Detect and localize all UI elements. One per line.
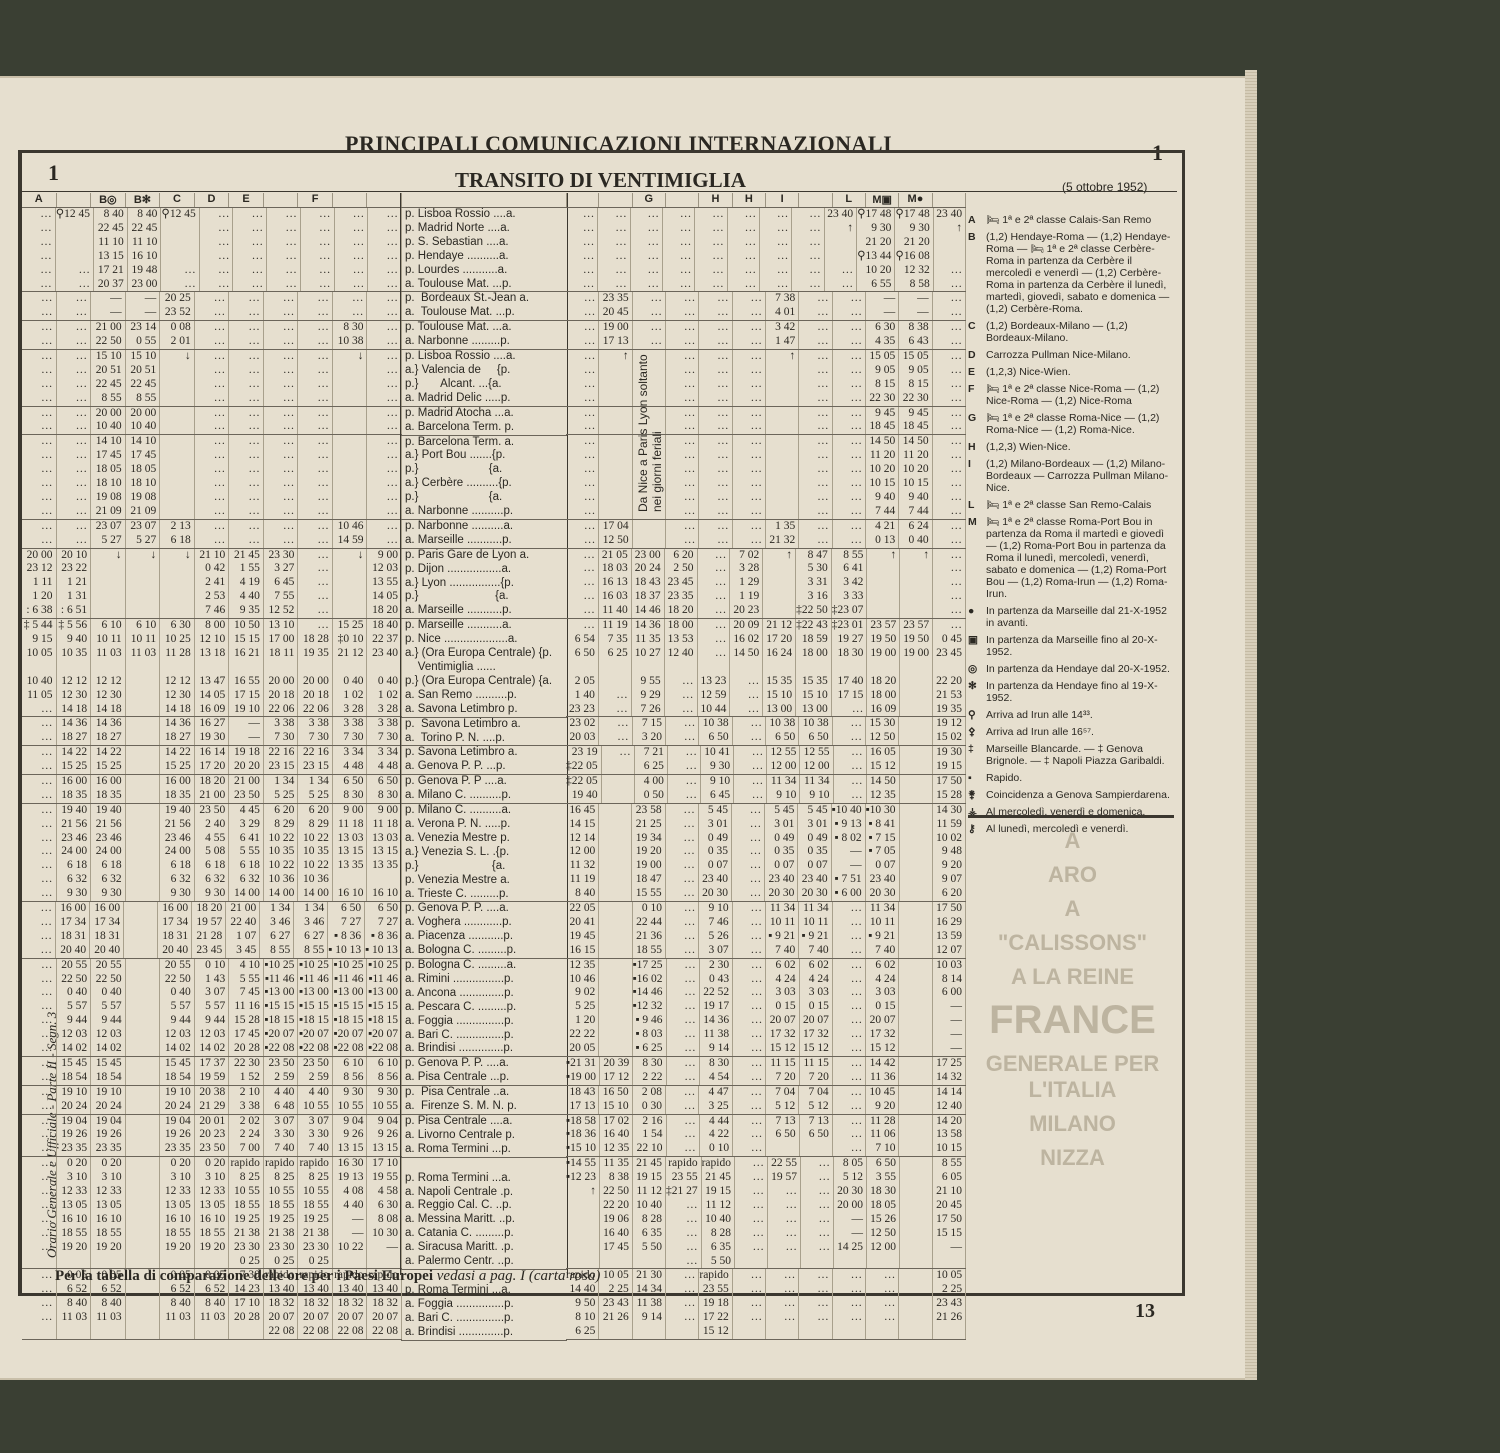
time-cell: 7 04 5 12 <box>799 1086 832 1114</box>
column-header <box>57 193 92 207</box>
time-cell: 6 20 2 50 23 45 23 35 18 20 <box>665 549 698 619</box>
column-header <box>666 193 699 207</box>
advert-ghost-line: MILANO <box>975 1111 1170 1137</box>
time-cell <box>126 804 161 901</box>
time-cell: … … <box>195 321 230 349</box>
time-cell: 20 55 22 50 0 40 5 57 9 44 12 03 14 02 <box>91 959 126 1056</box>
time-block: … …… …— —— —20 25 23 52… …… …… …… …… …… … <box>22 292 402 321</box>
time-cell <box>333 435 368 518</box>
time-cell: 7 13 6 50 <box>800 1115 833 1157</box>
time-cell: 14 36 11 35 10 27 9 55 9 29 7 26 <box>632 619 665 716</box>
advert-ghost-line: GENERALE PER L'ITALIA <box>975 1051 1170 1103</box>
station-group: p. Genova P. P. ....a.a. Pisa Centrale .… <box>401 1057 567 1086</box>
legend-text: (1,2) Bordeaux-Milano — (1,2) Bordeaux-M… <box>986 320 1176 344</box>
time-cell: 6 50 7 27 ▪ 8 36 ▪ 10 13 <box>365 902 402 958</box>
station-line <box>405 1158 567 1172</box>
time-cell: 23 50 2 59 <box>264 1057 299 1085</box>
station-group: p. Lisboa Rossio ....a.a.} Valencia de {… <box>401 350 567 407</box>
time-cell: 20 38 21 29 <box>195 1086 230 1114</box>
time-cell: 21 00 23 50 <box>229 775 264 803</box>
time-cell: … … <box>22 775 57 803</box>
time-cell: … … … … … … <box>792 208 824 291</box>
time-cell: … … … … … … <box>229 435 264 518</box>
time-block: 18 43 17 1316 50 15 102 08 0 30… …4 47 3… <box>566 1086 966 1115</box>
station-line: p.} (Ora Europa Centrale) {a. <box>405 675 567 689</box>
header-rule <box>22 191 1177 192</box>
time-cell: 5 45 3 01 0 49 0 35 0 07 23 40 20 30 <box>765 804 798 901</box>
time-cell: 10 05 2 25 23 43 21 26 <box>933 1269 966 1339</box>
station-line: p. Marseille ...........a. <box>405 619 567 633</box>
time-cell: ▪18 58 ▪18 36 ▪15 10 <box>566 1115 600 1157</box>
time-cell: … … <box>22 292 57 320</box>
legend-text: 🛏 1ª e 2ª classe Nice-Roma — (1,2) Nice-… <box>986 383 1176 407</box>
time-cell: 21 00 22 40 1 07 3 45 <box>226 902 260 958</box>
time-cell: … … <box>22 1086 57 1114</box>
time-cell: ↑ <box>766 350 799 406</box>
legend-key: ‡ <box>968 743 986 767</box>
time-cell: 0 20 3 10 12 33 13 05 16 10 18 55 19 20 <box>160 1157 195 1268</box>
station-group: p. Roma Termini ...a.a. Napoli Centrale … <box>401 1158 567 1270</box>
time-cell: 6 20 8 29 10 22 10 35 10 22 10 36 14 00 <box>264 804 299 901</box>
legend-key: C <box>968 320 986 344</box>
station-line: p.} Alcant. ...{a. <box>405 378 567 392</box>
time-cell: … … <box>229 520 264 548</box>
time-cell: 3 38 7 30 <box>264 717 299 745</box>
time-cell: 10 03 8 14 6 00 — — — — <box>933 959 966 1056</box>
time-cell: 6 50 7 27 ▪ 8 36 ▪ 10 13 <box>328 902 365 958</box>
time-cell <box>126 1157 161 1268</box>
station-line: a.} Cerbère ..........{p. <box>405 477 567 491</box>
time-cell: … … <box>666 520 699 548</box>
time-cell: 15 45 18 54 <box>91 1057 126 1085</box>
time-cell: 3 34 4 48 <box>333 746 368 774</box>
time-cell: 14 50 11 20 10 20 10 15 9 40 7 44 <box>899 435 932 518</box>
footer-italic: vedasi a pag. I (carta rosa) <box>433 1268 600 1284</box>
time-cell: ▪17 25 ▪16 02 ▪14 46 ▪12 32 ▪ 9 46 ▪ 8 0… <box>633 959 667 1056</box>
time-cell: … … … … … … <box>598 208 630 291</box>
time-cell: 23 14 0 55 <box>126 321 161 349</box>
time-cell <box>126 746 161 774</box>
station-line: p. Bologna C. .........a. <box>405 959 567 973</box>
time-cell: … … … <box>733 1115 766 1157</box>
time-cell: … 6 54 6 50 2 05 1 40 23 23 <box>566 619 599 716</box>
station-line: p.} {a. <box>405 463 567 477</box>
table-title: TRANSITO DI VENTIMIGLIA <box>455 168 746 193</box>
time-cell: … … <box>699 292 732 320</box>
time-cell: rapido 23 55 19 18 17 22 15 12 <box>699 1269 732 1339</box>
station-line: p. Dijon .................a. <box>405 563 567 577</box>
column-header: H <box>733 193 766 207</box>
station-line: a. Palermo Centr. ..p. <box>405 1255 567 1269</box>
time-cell: … … … … <box>733 350 766 406</box>
time-cell: … … … … … … <box>566 208 598 291</box>
time-cell: … … … … … … <box>264 435 299 518</box>
time-cell: 11 15 7 20 <box>766 1057 799 1085</box>
time-cell: … … <box>298 321 333 349</box>
station-line: a. Narbonne ..........p. <box>405 505 567 519</box>
time-cell: 16 00 18 35 <box>91 775 126 803</box>
time-cell: — — <box>899 292 932 320</box>
time-cell: … … … … <box>833 1269 866 1339</box>
right-times-grid: GHHILM▣M● … … … … … …… … … … … …… … … … … <box>566 193 966 1275</box>
time-cell: … … <box>633 321 666 349</box>
time-cell: 9 00 11 18 13 03 13 15 13 35 16 10 <box>367 804 402 901</box>
time-cell: 9 30 10 55 <box>333 1086 368 1114</box>
station-line: a. Bari C. ...............p. <box>405 1312 567 1326</box>
time-cell: ▪10 25 ▪11 46 ▪13 00 ▪15 15 ▪18 15 ▪20 0… <box>333 959 368 1056</box>
time-cell <box>126 1086 161 1114</box>
time-cell <box>899 717 932 745</box>
station-line: a.} Venezia S. L. .{p. <box>405 846 567 860</box>
station-group: p. Bologna C. .........a.a. Rimini .....… <box>401 959 567 1057</box>
time-cell: 10 05 2 25 23 43 21 26 <box>599 1269 632 1339</box>
time-block: … …19 00 17 13… …… …… …… …3 42 1 47… …… … <box>566 321 966 350</box>
time-cell: 6 50 8 30 <box>367 775 402 803</box>
station-line: a. Siracusa Maritt. .p. <box>405 1241 567 1255</box>
time-block: … …14 22 15 2514 22 15 2514 22 15 2516 1… <box>22 746 402 775</box>
legend-item: C(1,2) Bordeaux-Milano — (1,2) Bordeaux-… <box>968 320 1176 344</box>
legend-key: E <box>968 366 986 378</box>
time-cell: … … … … … … <box>195 435 230 518</box>
station-line: a. Firenze S. M. N. p. <box>405 1100 567 1114</box>
time-cell: — — <box>229 717 264 745</box>
time-cell: ↑ <box>599 350 632 406</box>
time-cell: … … <box>699 520 732 548</box>
page-edge <box>1245 70 1257 1380</box>
time-block: … …14 36 18 2714 36 18 2714 36 18 2716 2… <box>22 717 402 746</box>
time-cell: 12 35 10 46 9 02 5 25 1 20 22 22 20 05 <box>566 959 599 1056</box>
time-cell: … … … … … … <box>566 435 599 518</box>
time-cell: … … … … <box>766 1269 799 1339</box>
advert-ghost-line: FRANCE <box>975 998 1170 1043</box>
station-line: a. Livorno Centrale p. <box>405 1129 567 1143</box>
time-cell: 11 34 9 10 <box>800 775 833 803</box>
station-line: a. Toulouse Mat. ...p. <box>405 306 567 320</box>
time-cell: 6 20 8 29 10 22 10 35 10 22 10 36 14 00 <box>298 804 333 901</box>
legend-key: ▣ <box>968 634 986 658</box>
time-cell: 16 00 17 34 18 31 20 40 <box>56 902 90 958</box>
time-cell: … … <box>264 321 299 349</box>
time-cell: … … <box>57 292 92 320</box>
time-cell: 23 50 2 40 4 55 5 08 6 18 6 32 9 30 <box>195 804 230 901</box>
time-cell: … … <box>733 717 766 745</box>
time-cell: 15 25 ‡0 10 21 12 0 40 1 02 3 28 <box>333 619 368 716</box>
time-cell: … … <box>298 520 333 548</box>
time-cell: … … <box>666 292 699 320</box>
time-cell: 11 34 10 11 ▪ 9 21 7 40 <box>766 902 799 958</box>
station-line: a. Napoli Centrale .p. <box>405 1186 567 1200</box>
station-group: p. Genova P. P ....a.a. Milano C. ......… <box>401 775 567 804</box>
column-header: M● <box>899 193 932 207</box>
station-group: p. Paris Gare de Lyon a.p. Dijon .......… <box>401 549 567 620</box>
station-group: p. Narbonne ..........a.a. Marseille ...… <box>401 520 567 549</box>
time-block: 22 05 20 41 19 45 16 150 10 22 44 21 36 … <box>566 902 966 959</box>
station-group: p. Pisa Centrale ....a.a. Livorno Centra… <box>401 1115 567 1158</box>
time-cell: 14 22 15 25 <box>91 746 126 774</box>
time-cell: 2 02 2 24 7 00 <box>229 1115 264 1157</box>
time-cell: 9 30 10 55 <box>367 1086 402 1114</box>
time-cell: 4 21 0 13 <box>866 520 899 548</box>
legend-text: (1,2,3) Wien-Nice. <box>986 441 1071 453</box>
time-cell: 14 36 18 27 <box>160 717 195 745</box>
time-cell: 23 40 ↑ … … <box>825 208 857 291</box>
time-cell: 4 00 0 50 <box>635 775 668 803</box>
time-cell: 19 10 20 24 <box>57 1086 92 1114</box>
time-cell: 2 10 3 38 <box>229 1086 264 1114</box>
time-cell: ↓ <box>333 350 368 406</box>
time-cell: 13 10 17 00 18 11 20 00 20 18 22 06 <box>264 619 299 716</box>
station-line: a. Pisa Centrale ...p. <box>405 1071 567 1085</box>
time-cell: 7 13 6 50 <box>766 1115 799 1157</box>
time-cell: 21 45 19 15 11 12 10 40 8 28 6 35 5 50 <box>633 1157 666 1268</box>
time-cell: … … <box>733 292 766 320</box>
time-cell: 20 00 23 12 1 11 1 20 : 6 38 <box>22 549 57 619</box>
time-cell: 10 38 6 50 <box>766 717 799 745</box>
time-cell: 3 07 3 30 7 40 <box>298 1115 333 1157</box>
legend-key: ⚵ <box>968 789 986 801</box>
legend-item: ▪Rapido. <box>968 772 1176 784</box>
time-cell: 14 10 17 45 18 05 18 10 19 08 21 09 <box>126 435 161 518</box>
time-cell: ↓ <box>333 549 368 619</box>
time-cell: 5 45 3 01 0 49 0 35 0 07 23 40 20 30 <box>798 804 831 901</box>
time-cell: 2 16 1 54 22 10 <box>633 1115 666 1157</box>
time-cell: … … … … <box>22 902 56 958</box>
station-line: a. Torino P. N. ....p. <box>405 732 567 746</box>
station-line: Ventimiglia ...... <box>405 661 567 675</box>
time-cell: … … … … <box>666 902 699 958</box>
legend-text: In partenza da Marseille fino al 20-X-19… <box>986 634 1176 658</box>
time-cell <box>899 902 932 958</box>
time-cell: … … … … … … <box>267 208 301 291</box>
time-block: … … … … … …… … … … … …… … … … … …… … … …… <box>566 208 966 292</box>
time-cell: … … … … … … <box>233 208 267 291</box>
station-line: a. Trieste C. .........p. <box>405 888 567 902</box>
time-cell: ↓ <box>91 549 126 619</box>
time-cell: 6 24 0 40 <box>899 520 932 548</box>
time-cell: 3 38 7 30 <box>298 717 333 745</box>
left-column-headers: AB◎B✻CDEF <box>22 193 402 208</box>
time-cell: … … <box>599 717 632 745</box>
time-block: … …17 04 12 50… …… …… …1 35 21 32… …… …4… <box>566 520 966 549</box>
legend-item: H(1,2,3) Wien-Nice. <box>968 441 1176 453</box>
legend-item: M🛏 1ª e 2ª classe Roma-Port Bou in parte… <box>968 516 1176 600</box>
time-cell: 8 30 2 22 <box>633 1057 666 1085</box>
column-header: D <box>195 193 230 207</box>
station-line: p. Toulouse Mat. ...a. <box>405 321 567 335</box>
time-cell: … … <box>667 1057 700 1085</box>
right-column-headers: GHHILM▣M● <box>566 193 966 208</box>
time-cell: 8 05 5 12 20 30 20 00 — — 14 25 <box>834 1157 867 1268</box>
station-line: a. Barcelona Term. p. <box>405 421 567 435</box>
time-cell: 23 50 2 59 <box>298 1057 333 1085</box>
time-cell: … … … … … … <box>728 208 760 291</box>
time-cell: 16 14 17 20 <box>195 746 230 774</box>
time-cell: 22 05 20 41 19 45 16 15 <box>566 902 599 958</box>
time-cell: 15 05 9 05 8 15 22 30 <box>866 350 899 406</box>
time-cell: … … <box>668 746 701 774</box>
time-cell: 7 15 3 20 <box>633 717 666 745</box>
time-cell: … … <box>367 321 402 349</box>
time-cell: 0 08 2 01 <box>160 321 195 349</box>
station-line: a. Madrid Delic .....p. <box>405 392 567 406</box>
time-cell: 20 10 23 22 1 21 1 31 : 6 51 <box>57 549 92 619</box>
time-cell: 21 12 17 20 16 24 15 35 15 10 13 00 <box>763 619 796 716</box>
time-cell: 23 02 20 03 <box>566 717 599 745</box>
time-cell: ▪21 31 ▪19 00 <box>566 1057 600 1085</box>
time-cell: 19 04 19 26 23 35 <box>91 1115 126 1157</box>
time-block: … … … … … … …19 40 21 56 23 46 24 00 6 1… <box>22 804 402 902</box>
time-cell <box>899 1115 932 1157</box>
time-cell: … … <box>733 1086 766 1114</box>
time-block: … … …19 04 19 26 23 3519 04 19 26 23 351… <box>22 1115 402 1158</box>
time-cell: 23 19 ‡22 05 <box>566 746 602 774</box>
time-cell: … … … … <box>566 350 599 406</box>
time-cell: 1 34 3 46 6 27 8 55 <box>294 902 328 958</box>
legend-item: ⚵Coincidenza a Genova Sampierdarena. <box>968 789 1176 801</box>
time-cell: … … <box>834 775 867 803</box>
time-cell: … … … … … … … <box>22 959 57 1056</box>
time-block: … … … …16 00 17 34 18 31 20 4016 00 17 3… <box>22 902 402 959</box>
legend: A🛏 1ª e 2ª classe Calais-San RemoB(1,2) … <box>968 214 1176 840</box>
advert-ghost-line: "CALISSONS" <box>975 930 1170 956</box>
advert-ghost-line: NIZZA <box>975 1145 1170 1171</box>
time-block: … … … … … …… … … … … …… … … … … …… … … …… <box>566 435 966 519</box>
time-cell: … … … … … … <box>933 435 966 518</box>
time-cell: 15 10 20 51 22 45 8 55 <box>126 350 161 406</box>
time-cell <box>633 520 666 548</box>
time-cell: … … <box>22 407 57 435</box>
time-cell: 20 09 16 02 14 50 … … … <box>730 619 763 716</box>
time-cell: 15 10 20 51 22 45 8 55 <box>91 350 126 406</box>
time-cell: 19 04 19 26 23 35 <box>57 1115 92 1157</box>
legend-key: M <box>968 516 986 600</box>
time-cell: 19 12 15 02 <box>933 717 966 745</box>
station-group: p. Toulouse Mat. ...a.a. Narbonne ......… <box>401 321 567 350</box>
legend-key: ✻ <box>968 680 986 704</box>
time-cell: … … … … … … <box>298 435 333 518</box>
time-block: ▪18 58 ▪18 36 ▪15 1017 02 16 40 12 352 1… <box>566 1115 966 1158</box>
time-cell: 23 07 5 27 <box>126 520 161 548</box>
station-line: a. Piacenza ...........p. <box>405 930 567 944</box>
station-line: p.} {a. <box>405 590 567 604</box>
time-cell: … … … … <box>699 350 732 406</box>
legend-key: ▪ <box>968 772 986 784</box>
time-cell: 2 13 6 18 <box>160 520 195 548</box>
station-line: p. Madrid Norte ....a. <box>405 222 567 236</box>
time-cell: 21 10 0 42 2 41 2 53 7 46 <box>195 549 230 619</box>
time-cell: 9 10 7 46 5 26 3 07 <box>699 902 732 958</box>
legend-key: G <box>968 412 986 436</box>
time-cell: 22 30 1 52 <box>229 1057 264 1085</box>
time-cell: 19 40 21 56 23 46 24 00 6 18 6 32 9 30 <box>57 804 92 901</box>
time-cell: … … … … <box>195 350 230 406</box>
footer-bold: Per la tabella di comparazione delle ore… <box>55 1268 433 1284</box>
time-cell: … … … … … <box>566 549 599 619</box>
time-cell: … … … … … … <box>695 208 727 291</box>
time-cell: 11 15 7 20 <box>800 1057 833 1085</box>
time-cell <box>900 804 933 901</box>
advert-ghost-line: A <box>975 828 1170 854</box>
time-cell: ⚲12 45 … … <box>56 208 94 291</box>
time-cell: … … … … … … <box>22 435 57 518</box>
time-cell: … … … <box>22 1115 57 1157</box>
legend-rule <box>968 815 1174 818</box>
time-cell: … … … … … … <box>699 435 732 518</box>
station-line: p. Paris Gare de Lyon a. <box>405 549 567 563</box>
time-cell: ▪10 30 ▪ 8 41 ▪ 7 15 ▪ 7 05 0 07 23 40 2… <box>866 804 900 901</box>
time-cell: … … <box>229 407 264 435</box>
time-cell: … … … … … … <box>367 435 402 518</box>
time-cell: … … … … <box>666 350 699 406</box>
time-cell <box>126 1115 161 1157</box>
time-cell: ▪10 40 ▪ 9 13 ▪ 8 02 — — ▪ 7 51 ▪ 6 00 <box>832 804 866 901</box>
time-cell: … … <box>833 321 866 349</box>
time-cell: rapido 23 55 ‡21 27 … … … … … <box>666 1157 702 1268</box>
time-cell <box>599 804 632 901</box>
legend-item: F🛏 1ª e 2ª classe Nice-Roma — (1,2) Nice… <box>968 383 1176 407</box>
column-header <box>599 193 632 207</box>
column-header <box>333 193 368 207</box>
station-line: p. Hendaye ..........a. <box>405 250 567 264</box>
time-cell: … … … … … … … <box>801 1157 834 1268</box>
station-header <box>401 193 567 208</box>
station-line: p. Nice ....................a. <box>405 633 567 647</box>
time-cell: … … … … <box>733 1269 766 1339</box>
time-cell <box>599 407 632 435</box>
time-cell: … … <box>933 407 966 435</box>
time-cell: … … <box>566 321 599 349</box>
time-cell: … … <box>229 292 264 320</box>
time-cell: … … <box>734 775 767 803</box>
station-line: p. Roma Termini ...a. <box>405 1172 567 1186</box>
legend-text: In partenza da Hendaye fino al 19-X-1952… <box>986 680 1176 704</box>
time-cell: 3 42 1 47 <box>766 321 799 349</box>
time-cell: rapido 8 25 10 55 18 55 19 25 21 38 23 3… <box>298 1157 333 1268</box>
time-cell: ↑ <box>867 549 900 619</box>
time-cell: … … <box>666 407 699 435</box>
time-cell: … <box>602 746 635 774</box>
time-cell: … … <box>22 1057 57 1085</box>
time-cell: … … … … … … <box>368 208 402 291</box>
station-line: a. Ancona ..............p. <box>405 987 567 1001</box>
time-cell: 14 42 11 36 <box>866 1057 899 1085</box>
time-cell: — — <box>126 292 161 320</box>
station-line: p. Genova P. P ....a. <box>405 775 567 789</box>
station-line: p. Bordeaux St.-Jean a. <box>405 292 567 306</box>
time-cell: ↓ <box>126 549 161 619</box>
time-block: … …… …23 07 5 2723 07 5 272 13 6 18… …… … <box>22 520 402 549</box>
time-cell: ⚲12 45 … … <box>161 208 199 291</box>
time-cell: … … … … <box>933 350 966 406</box>
station-line: a. Bologna C. .........p. <box>405 944 567 958</box>
time-cell: 9 10 6 45 <box>701 775 734 803</box>
time-cell: 4 40 6 48 <box>264 1086 299 1114</box>
column-header: I <box>766 193 799 207</box>
time-cell: 0 20 3 10 12 33 13 05 16 10 18 55 19 20 <box>195 1157 230 1268</box>
time-cell: ▪10 25 ▪11 46 ▪13 00 ▪15 15 ▪18 15 ▪20 0… <box>298 959 333 1056</box>
time-cell: 6 02 4 24 3 03 0 15 20 07 17 32 15 12 <box>800 959 833 1056</box>
legend-item: ⚴Arriva ad Irun alle 16⁵⁷. <box>968 726 1176 738</box>
time-cell: … … <box>57 407 92 435</box>
time-cell: 18 20 21 00 <box>195 775 230 803</box>
time-cell: … … <box>666 717 699 745</box>
legend-text: Rapido. <box>986 772 1022 784</box>
time-cell: 4 44 4 22 0 10 <box>700 1115 733 1157</box>
time-cell: … … <box>57 520 92 548</box>
time-cell: 23 30 3 27 6 45 7 55 12 52 <box>264 549 299 619</box>
time-block: … … … … …21 05 18 03 16 13 16 03 11 4023… <box>566 549 966 620</box>
time-cell: … … … … … … <box>663 208 695 291</box>
